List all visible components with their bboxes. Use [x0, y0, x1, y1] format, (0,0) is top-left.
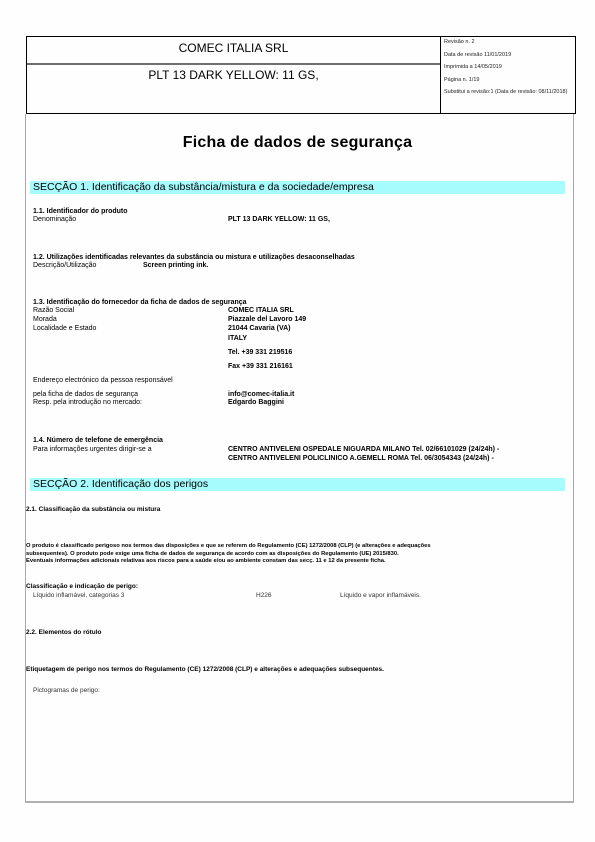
s21-paragraph-line-0: O produto é classificado perigoso nos te…	[26, 543, 571, 551]
s14-heading: 1.4. Número de telefone de emergência	[33, 437, 163, 446]
s21-paragraph-line-1: subsequentes). O produto pode exige uma …	[26, 551, 571, 559]
s21-paragraph: O produto é classificado perigoso nos te…	[26, 543, 571, 566]
revision-info: Revisão n. 2 Data de revisão 11/01/2019 …	[441, 37, 576, 113]
s13-value-2: 21044 Cavaria (VA)	[228, 325, 291, 334]
s22-labelling: Etiquetagem de perigo nos termos do Regu…	[26, 666, 384, 675]
s13-fax: Fax +39 331 216161	[228, 363, 293, 372]
s13-resp-label: Resp. pela introdução no mercado:	[33, 399, 142, 408]
company-name: COMEC ITALIA SRL	[27, 37, 440, 65]
s13-value-1: Piazzale del Lavoro 149	[228, 316, 306, 325]
hazard-statement: Líquido e vapor inflamáveis.	[340, 592, 421, 601]
s13-resp: Edgardo Baggini	[228, 399, 284, 408]
revision-number: Revisão n. 2	[444, 39, 576, 46]
s12-label: Descrição/Utilização	[33, 262, 96, 271]
s13-email-heading: Endereço electrónico da pessoa responsáv…	[33, 377, 173, 386]
s13-label-1: Morada	[33, 316, 57, 325]
section-1-heading: SECÇÃO 1. Identificação da substância/mi…	[30, 181, 565, 194]
replaces-revision: Substitui a revisão:1 (Data de revisão: …	[444, 89, 576, 96]
s11-label: Denominação	[33, 216, 76, 225]
s22-heading: 2.2. Elementos do rótulo	[26, 629, 101, 638]
s13-label-0: Razão Social	[33, 307, 74, 316]
product-name: PLT 13 DARK YELLOW: 11 GS,	[27, 65, 440, 82]
s12-value: Screen printing ink.	[143, 262, 208, 271]
s13-label-2: Localidade e Estado	[33, 325, 96, 334]
pictograms-label: Pictogramas de perigo:	[33, 687, 100, 696]
print-date: Imprimida a 14/05/2019	[444, 64, 576, 71]
s13-value-0: COMEC ITALIA SRL	[228, 307, 294, 316]
s14-line-0: CENTRO ANTIVELENI OSPEDALE NIGUARDA MILA…	[228, 446, 499, 455]
page-number: Página n. 1/19	[444, 77, 576, 84]
s21-class-heading: Classificação e indicação de perigo:	[26, 583, 138, 592]
s21-paragraph-line-2: Eventuais informações adicionais relativ…	[26, 558, 571, 566]
header-left: COMEC ITALIA SRL PLT 13 DARK YELLOW: 11 …	[27, 37, 441, 113]
s14-line-1: CENTRO ANTIVELENI POLICLINICO A.GEMELL R…	[228, 455, 494, 464]
s11-value: PLT 13 DARK YELLOW: 11 GS,	[228, 216, 330, 225]
document-title: Ficha de dados de segurança	[0, 134, 595, 152]
revision-date: Data de revisão 11/01/2019	[444, 52, 576, 59]
s21-heading: 2.1. Classificação da substância ou mist…	[26, 506, 160, 515]
section-2-heading: SECÇÃO 2. Identificação dos perigos	[30, 478, 565, 491]
s13-country: ITALY	[228, 335, 247, 344]
hazard-class: Líquido inflamável, categorias 3	[33, 592, 124, 601]
document-header: COMEC ITALIA SRL PLT 13 DARK YELLOW: 11 …	[26, 36, 576, 114]
s13-tel: Tel. +39 331 219516	[228, 349, 292, 358]
s14-label: Para informações urgentes dirigir-se a	[33, 446, 152, 455]
hazard-code: H226	[256, 592, 272, 601]
